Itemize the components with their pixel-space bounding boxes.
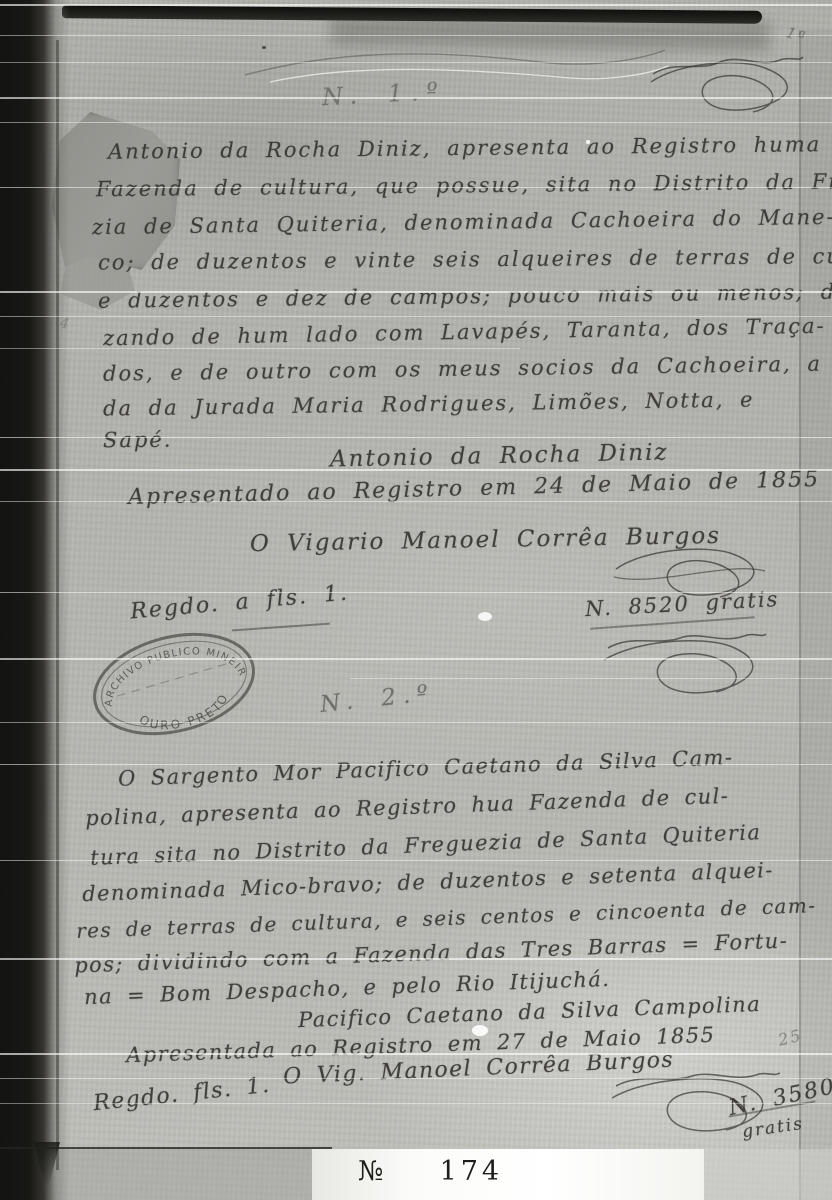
paper-speck	[586, 140, 590, 144]
bottom-scan-strip-right	[704, 1149, 832, 1200]
binding-crease-line	[56, 40, 59, 1170]
entry1-line: dos, e de outro com os meus socios da Ca…	[103, 350, 832, 385]
whiteout-blotch	[478, 612, 492, 621]
entry2-heading: N. 2.º	[319, 680, 436, 718]
whiteout-blotch	[472, 1025, 488, 1036]
scanned-manuscript-page: 1ª N. 1.º Antonio da Rocha Diniz, aprese…	[0, 0, 832, 1200]
book-edge-band	[62, 5, 762, 23]
entry1-line: Sapé.	[103, 428, 173, 453]
archive-oval-stamp: ARCHIVO PUBLICO MINEIRO OURO PRETO	[77, 611, 270, 757]
entry1-line: zando de hum lado com Lavapés, Taranta, …	[103, 314, 826, 351]
page-number-label: №174	[312, 1149, 704, 1200]
paper-speck	[262, 46, 266, 49]
entry1-declarant-signature: Antonio da Rocha Diniz	[330, 439, 669, 472]
entry1-line: Antonio da Rocha Diniz, apresenta ao Reg…	[108, 132, 821, 163]
vicar-rubric-flourish-2	[608, 1068, 783, 1148]
book-binding-gutter	[0, 0, 70, 1200]
scan-artifact-line	[0, 348, 520, 349]
vicar-rubric-flourish-1	[612, 543, 767, 605]
entry1-line: e duzentos e dez de campos; pouco mais o…	[98, 279, 832, 313]
entry2-line: polina, apresenta ao Registro hua Fazend…	[85, 784, 730, 830]
burgos-rubric-flourish	[598, 628, 770, 704]
entry1-line: Fazenda de cultura, que possue, sita no …	[96, 169, 832, 202]
entry1-presented-line: Apresentado ao Registro em 24 de Maio de…	[128, 467, 821, 510]
entry2-registered-note: Regdo. fls. 1.	[92, 1073, 271, 1116]
entry1-line: zia de Santa Quiteria, denominada Cachoe…	[92, 205, 832, 239]
pencil-stroke-arcs	[240, 40, 670, 90]
entry1-line: da da Jurada Maria Rodrigues, Limões, No…	[103, 387, 755, 420]
entry2-line: O Sargento Mor Pacifico Caetano da Silva…	[118, 745, 734, 790]
signature-flourish-top-right	[645, 52, 805, 124]
numero-value: 174	[440, 1156, 504, 1187]
entry1-line: co; de duzentos e vinte seis alqueires d…	[98, 243, 832, 274]
numero-symbol: №	[358, 1156, 384, 1187]
page-number-text: №174	[358, 1156, 503, 1187]
